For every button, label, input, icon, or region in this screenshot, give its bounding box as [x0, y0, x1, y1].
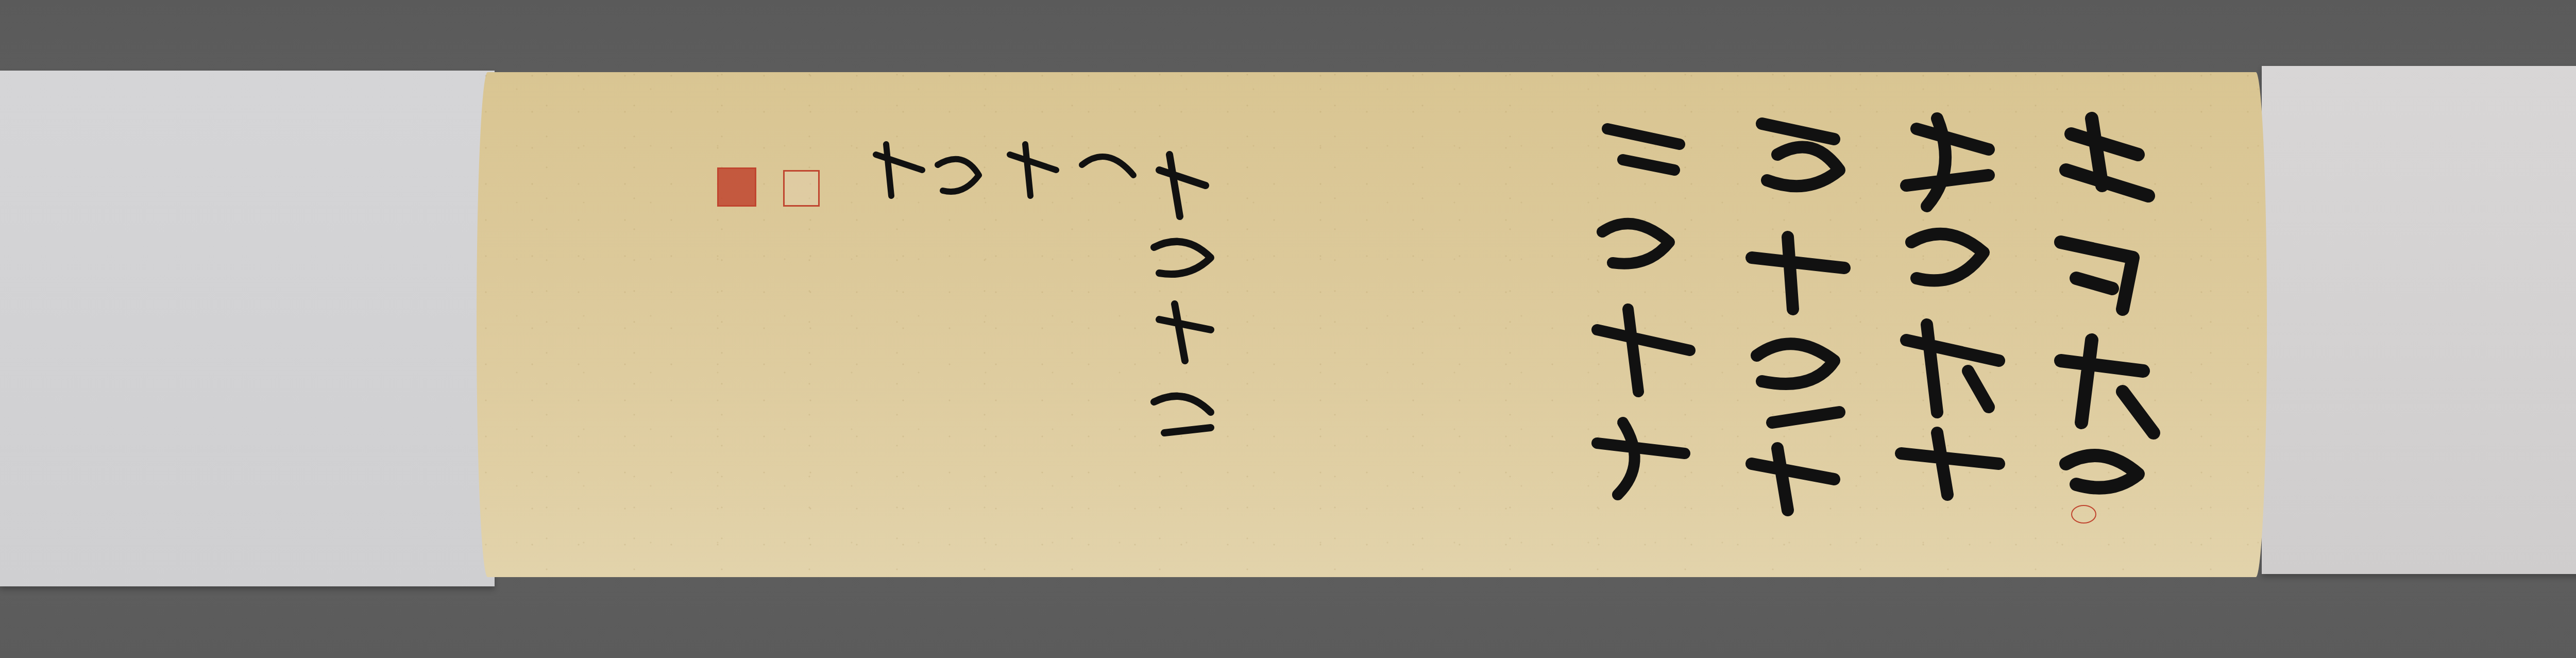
ink-column-3 — [1752, 124, 1844, 510]
calligraphy-ink — [0, 0, 2576, 658]
seal-round — [2071, 505, 2096, 524]
seal-square-relief — [717, 167, 756, 207]
ink-column-1 — [2061, 119, 2154, 488]
handscroll — [0, 0, 2576, 658]
ink-column-inscription — [1154, 155, 1211, 433]
ink-column-signature — [876, 144, 1133, 196]
ink-column-4 — [1597, 129, 1690, 495]
ink-column-2 — [1901, 119, 1999, 495]
seal-square-intaglio — [783, 170, 820, 207]
